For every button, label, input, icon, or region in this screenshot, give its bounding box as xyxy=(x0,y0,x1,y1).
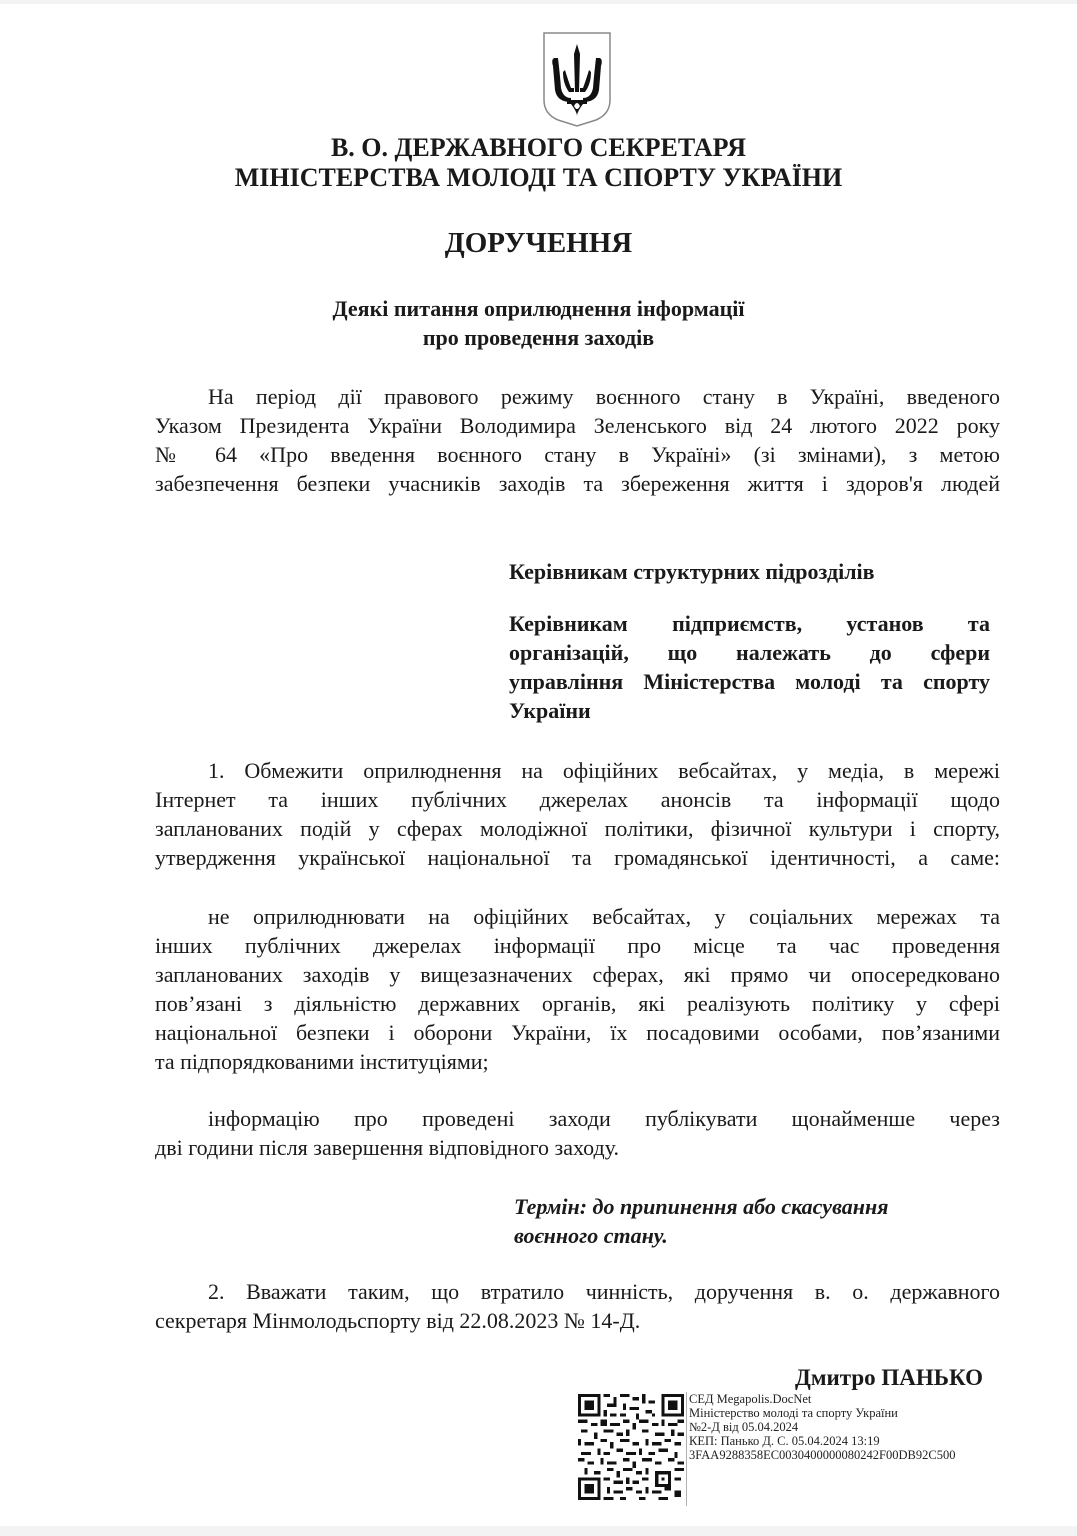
item-2-line: секретаря Мінмолодьспорту від 22.08.2023… xyxy=(155,1306,1000,1335)
stamp-doc-number: №2-Д від 05.04.2024 xyxy=(689,1420,1019,1434)
issuer-title-line-2: МІНІСТЕРСТВА МОЛОДІ ТА СПОРТУ УКРАЇНИ xyxy=(0,163,1077,193)
preamble-line: На період дії правового режиму воєнного … xyxy=(155,382,1000,411)
item-1-line: 1. Обмежити оприлюднення на офіційних ве… xyxy=(155,756,1000,785)
subpoint-line: дві години після завершення відповідного… xyxy=(155,1133,1000,1162)
subpoint-line: та підпорядкованими інституціями; xyxy=(155,1047,1000,1076)
addressee-line: організацій, що належать до сфери xyxy=(509,638,990,667)
item-1-line: Інтернет та інших публічних джерелах ано… xyxy=(155,785,1000,814)
document-type-heading: ДОРУЧЕННЯ xyxy=(0,226,1077,260)
subpoint-line: інших публічних джерелах інформації про … xyxy=(155,931,1000,960)
deadline-line-2: воєнного стану. xyxy=(514,1221,954,1250)
item-1-line: запланованих подій у сферах молодіжної п… xyxy=(155,814,1000,843)
addressee-line: України xyxy=(509,696,990,725)
electronic-signature-stamp: СЕД Megapolis.DocNet Міністерство молоді… xyxy=(689,1392,1019,1462)
addressee-line: управління Міністерства молоді та спорту xyxy=(509,667,990,696)
preamble-line: забезпечення безпеки учасників заходів т… xyxy=(155,469,1000,498)
addressee-structural-units: Керівникам структурних підрозділів xyxy=(509,557,990,586)
stamp-divider xyxy=(686,1392,687,1506)
issuer-title-line-1: В. О. ДЕРЖАВНОГО СЕКРЕТАРЯ xyxy=(0,133,1077,163)
stamp-signer: КЕП: Панько Д. С. 05.04.2024 13:19 xyxy=(689,1434,1019,1448)
signer-name: Дмитро ПАНЬКО xyxy=(700,1364,983,1392)
preamble-line: № 64 «Про введення воєнного стану в Укра… xyxy=(155,440,1000,469)
item-1-subpoint-2: інформацію про проведені заходи публікув… xyxy=(155,1104,1000,1162)
coat-of-arms-icon xyxy=(541,30,613,128)
subpoint-line: пов’язані з діяльністю державних органів… xyxy=(155,989,1000,1018)
stamp-organization: Міністерство молоді та спорту України xyxy=(689,1406,1019,1420)
deadline-note: Термін: до припинення або скасування воє… xyxy=(514,1192,954,1250)
subpoint-line: не оприлюднювати на офіційних вебсайтах,… xyxy=(155,902,1000,931)
subpoint-line: інформацію про проведені заходи публікув… xyxy=(155,1104,1000,1133)
item-1-subpoint-1: не оприлюднювати на офіційних вебсайтах,… xyxy=(155,902,1000,1076)
item-2-line: 2. Вважати таким, що втратило чинність, … xyxy=(155,1277,1000,1306)
subpoint-line: національної безпеки і оборони України, … xyxy=(155,1018,1000,1047)
item-2-paragraph: 2. Вважати таким, що втратило чинність, … xyxy=(155,1277,1000,1335)
qr-code-icon xyxy=(578,1394,684,1500)
stamp-certificate: 3FAA9288358EC0030400000080242F00DB92C500 xyxy=(689,1448,1019,1462)
preamble-line: Указом Президента України Володимира Зел… xyxy=(155,411,1000,440)
viewer-bottom-band xyxy=(0,1526,1077,1536)
addressee-subordinate-organizations: Керівникам підприємств, установ та орган… xyxy=(509,609,990,725)
document-page: В. О. ДЕРЖАВНОГО СЕКРЕТАРЯ МІНІСТЕРСТВА … xyxy=(0,4,1077,1526)
item-1-line: утвердження української національної та … xyxy=(155,843,1000,872)
preamble-paragraph: На період дії правового режиму воєнного … xyxy=(155,382,1000,498)
item-1-paragraph: 1. Обмежити оприлюднення на офіційних ве… xyxy=(155,756,1000,872)
addressee-line: Керівникам підприємств, установ та xyxy=(509,609,990,638)
stamp-system: СЕД Megapolis.DocNet xyxy=(689,1392,1019,1406)
subpoint-line: запланованих заходів у вищезазначених сф… xyxy=(155,960,1000,989)
deadline-line-1: Термін: до припинення або скасування xyxy=(514,1192,954,1221)
document-subject-line-1: Деякі питання оприлюднення інформації xyxy=(0,294,1077,323)
document-subject-line-2: про проведення заходів xyxy=(0,323,1077,352)
